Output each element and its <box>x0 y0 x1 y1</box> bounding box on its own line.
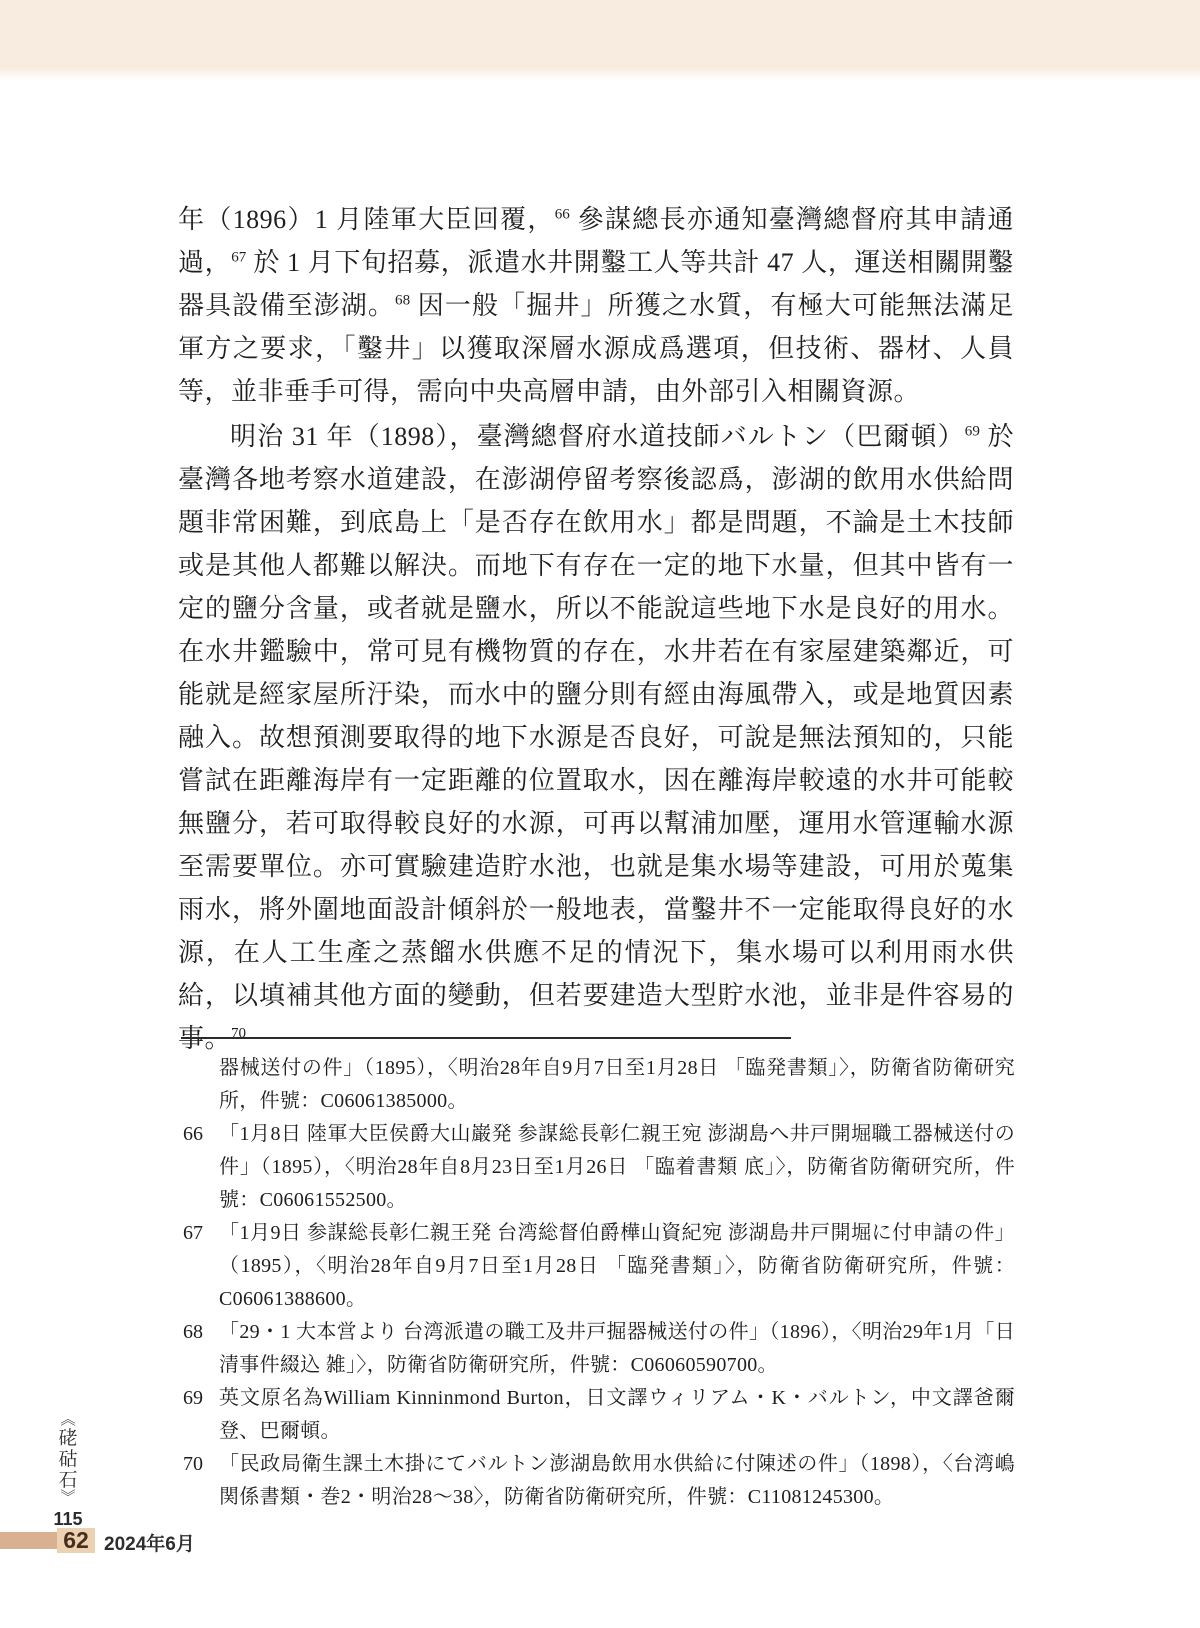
footnote-text: 英文原名為William Kinninmond Burton，日文譯ウィリアム・… <box>219 1382 1015 1448</box>
header-band <box>0 0 1200 68</box>
footnote-item: 70「民政局衛生課土木掛にてバルトン澎湖島飲用水供給に付陳述の件」（1898），… <box>183 1448 1015 1514</box>
footnote-ref: 69 <box>965 423 980 439</box>
paragraph-1: 年（1896）1 月陸軍大臣回覆，66 參謀總長亦通知臺灣總督府其申請通過，67… <box>178 198 1014 413</box>
footnote-number: 69 <box>183 1382 219 1448</box>
journal-title-char: 石 <box>50 1470 86 1491</box>
footnote-ref: 68 <box>395 292 410 308</box>
footnote-item: 66「1月8日 陸軍大臣侯爵大山巌発 参謀総長彰仁親王宛 澎湖島へ井戸開堀職工器… <box>183 1118 1015 1217</box>
journal-title-char: 𥑮 <box>50 1449 86 1470</box>
journal-title-char: ︽ <box>50 1413 86 1428</box>
footnote-text: 「1月8日 陸軍大臣侯爵大山巌発 参謀総長彰仁親王宛 澎湖島へ井戸開堀職工器械送… <box>219 1118 1015 1217</box>
footnote-text: 「1月9日 参謀総長彰仁親王発 台湾総督伯爵樺山資紀宛 澎湖島井戸開堀に付申請の… <box>219 1217 1015 1316</box>
footnote-number <box>183 1052 219 1118</box>
page-number-box: 62 <box>57 1528 95 1553</box>
footnote-ref: 66 <box>555 206 570 222</box>
footnote-number: 68 <box>183 1316 219 1382</box>
footnote-number: 67 <box>183 1217 219 1316</box>
footnote-separator <box>181 1037 791 1039</box>
issue-date: 2024年6月 <box>104 1529 195 1556</box>
page-number: 62 <box>63 1527 89 1554</box>
footnote-number: 66 <box>183 1118 219 1217</box>
footnote-number: 70 <box>183 1448 219 1514</box>
article-body: 年（1896）1 月陸軍大臣回覆，66 參謀總長亦通知臺灣總督府其申請通過，67… <box>178 198 1014 1060</box>
footnote-item: 器械送付の件」（1895），〈明治28年自9月7日至1月28日 「臨発書類」〉，… <box>183 1052 1015 1118</box>
footnotes: 器械送付の件」（1895），〈明治28年自9月7日至1月28日 「臨発書類」〉，… <box>183 1052 1015 1514</box>
footnote-item: 67「1月9日 参謀総長彰仁親王発 台湾総督伯爵樺山資紀宛 澎湖島井戸開堀に付申… <box>183 1217 1015 1316</box>
footer-strip <box>0 1532 57 1549</box>
journal-title-char: 硓 <box>50 1428 86 1449</box>
footnote-item: 69英文原名為William Kinninmond Burton，日文譯ウィリア… <box>183 1382 1015 1448</box>
footnote-text: 「民政局衛生課土木掛にてバルトン澎湖島飲用水供給に付陳述の件」（1898），〈台… <box>219 1448 1015 1514</box>
footnote-item: 68「29・1 大本営より 台湾派遣の職工及井戸掘器械送付の件」（1896），〈… <box>183 1316 1015 1382</box>
paragraph-2: 明治 31 年（1898），臺灣總督府水道技師バルトン（巴爾頓）69 於臺灣各地… <box>178 415 1014 1060</box>
journal-title-char: ︾ <box>50 1491 86 1506</box>
footnote-text: 「29・1 大本営より 台湾派遣の職工及井戸掘器械送付の件」（1896），〈明治… <box>219 1316 1015 1382</box>
journal-title-vertical: ︽硓𥑮石︾ <box>50 1413 86 1506</box>
footnote-ref: 67 <box>231 249 246 265</box>
footnote-text: 器械送付の件」（1895），〈明治28年自9月7日至1月28日 「臨発書類」〉，… <box>219 1052 1015 1118</box>
